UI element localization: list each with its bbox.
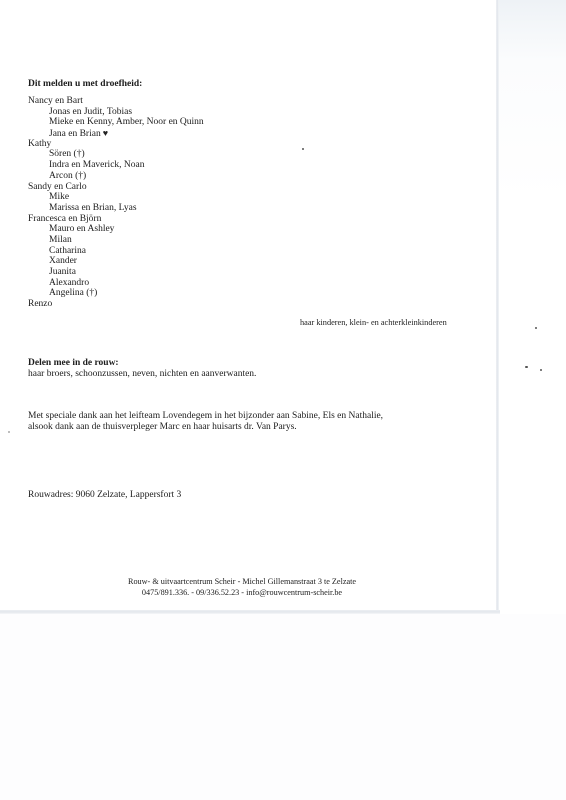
mourning-address: Rouwadres: 9060 Zelzate, Lappersfort 3 [28,490,181,501]
family-member-name: Milan [49,235,72,245]
family-member-child: Catharina [28,246,204,257]
scan-speck [535,327,537,329]
family-member: Nancy en Bart [28,96,204,107]
family-member-child: Xander [28,256,204,267]
scan-speck [302,148,304,150]
funeral-home-line: Rouw- & uitvaartcentrum Scheir - Michel … [0,577,484,588]
family-member-child: Mauro en Ashley [28,224,204,235]
signature-line: haar kinderen, klein- en achterkleinkind… [300,318,447,329]
family-member-name: Juanita [49,267,76,277]
family-list: Nancy en BartJonas en Judit, TobiasMieke… [28,96,204,310]
family-member-child: Sören (†) [28,149,204,160]
family-member-name: Renzo [28,299,52,309]
family-member-name: Indra en Maverick, Noan [49,160,145,170]
family-member-child: Angelina (†) [28,288,204,299]
family-member-child: Juanita [28,267,204,278]
family-member-name: Arcon (†) [49,171,86,181]
relatives-line: haar broers, schoonzussen, neven, nichte… [28,369,256,380]
share-heading: Delen mee in de rouw: [28,358,119,369]
family-member-name: Jana en Brian [49,129,101,139]
family-member-child: Mieke en Kenny, Amber, Noor en Quinn [28,117,204,128]
family-member-child: Milan [28,235,204,246]
family-member-name: Francesca en Björn [28,214,101,224]
sheet-edge-vertical [496,0,499,614]
scan-speck [525,366,528,368]
mourning-heading: Dit melden u met droefheid: [28,79,142,90]
scan-speck [540,369,542,371]
family-member-name: Kathy [28,139,51,149]
family-member-name: Xander [49,256,77,266]
family-member: Sandy en Carlo [28,182,204,193]
family-member-name: Jonas en Judit, Tobias [49,107,132,117]
family-member-child: Jana en Brian♥ [28,128,204,139]
heart-icon: ♥ [103,128,108,139]
family-member-child: Mike [28,192,204,203]
family-member-child: Jonas en Judit, Tobias [28,107,204,118]
family-member-name: Angelina (†) [49,288,97,298]
family-member-child: Indra en Maverick, Noan [28,160,204,171]
family-member: Francesca en Björn [28,214,204,225]
family-member-name: Marissa en Brian, Lyas [49,203,137,213]
family-member-name: Mauro en Ashley [49,224,114,234]
scan-speck [8,431,10,433]
family-member-child: Alexandro [28,278,204,289]
family-member-name: Mieke en Kenny, Amber, Noor en Quinn [49,117,204,127]
family-member-name: Catharina [49,246,86,256]
family-member-name: Mike [49,192,69,202]
funeral-home-contact: 0475/891.336. - 09/336.52.23 - info@rouw… [0,588,484,599]
scan-background-bottom [0,614,566,800]
family-member-name: Sandy en Carlo [28,182,87,192]
thanks-line-1: Met speciale dank aan het leifteam Loven… [28,411,383,422]
sheet-edge-horizontal [0,610,500,614]
family-member: Kathy [28,139,204,150]
family-member-name: Sören (†) [49,149,85,159]
family-member: Renzo [28,299,204,310]
family-member-name: Nancy en Bart [28,96,83,106]
family-member-child: Marissa en Brian, Lyas [28,203,204,214]
family-member-name: Alexandro [49,278,89,288]
family-member-child: Arcon (†) [28,171,204,182]
thanks-line-2: alsook dank aan de thuisverpleger Marc e… [28,422,297,433]
